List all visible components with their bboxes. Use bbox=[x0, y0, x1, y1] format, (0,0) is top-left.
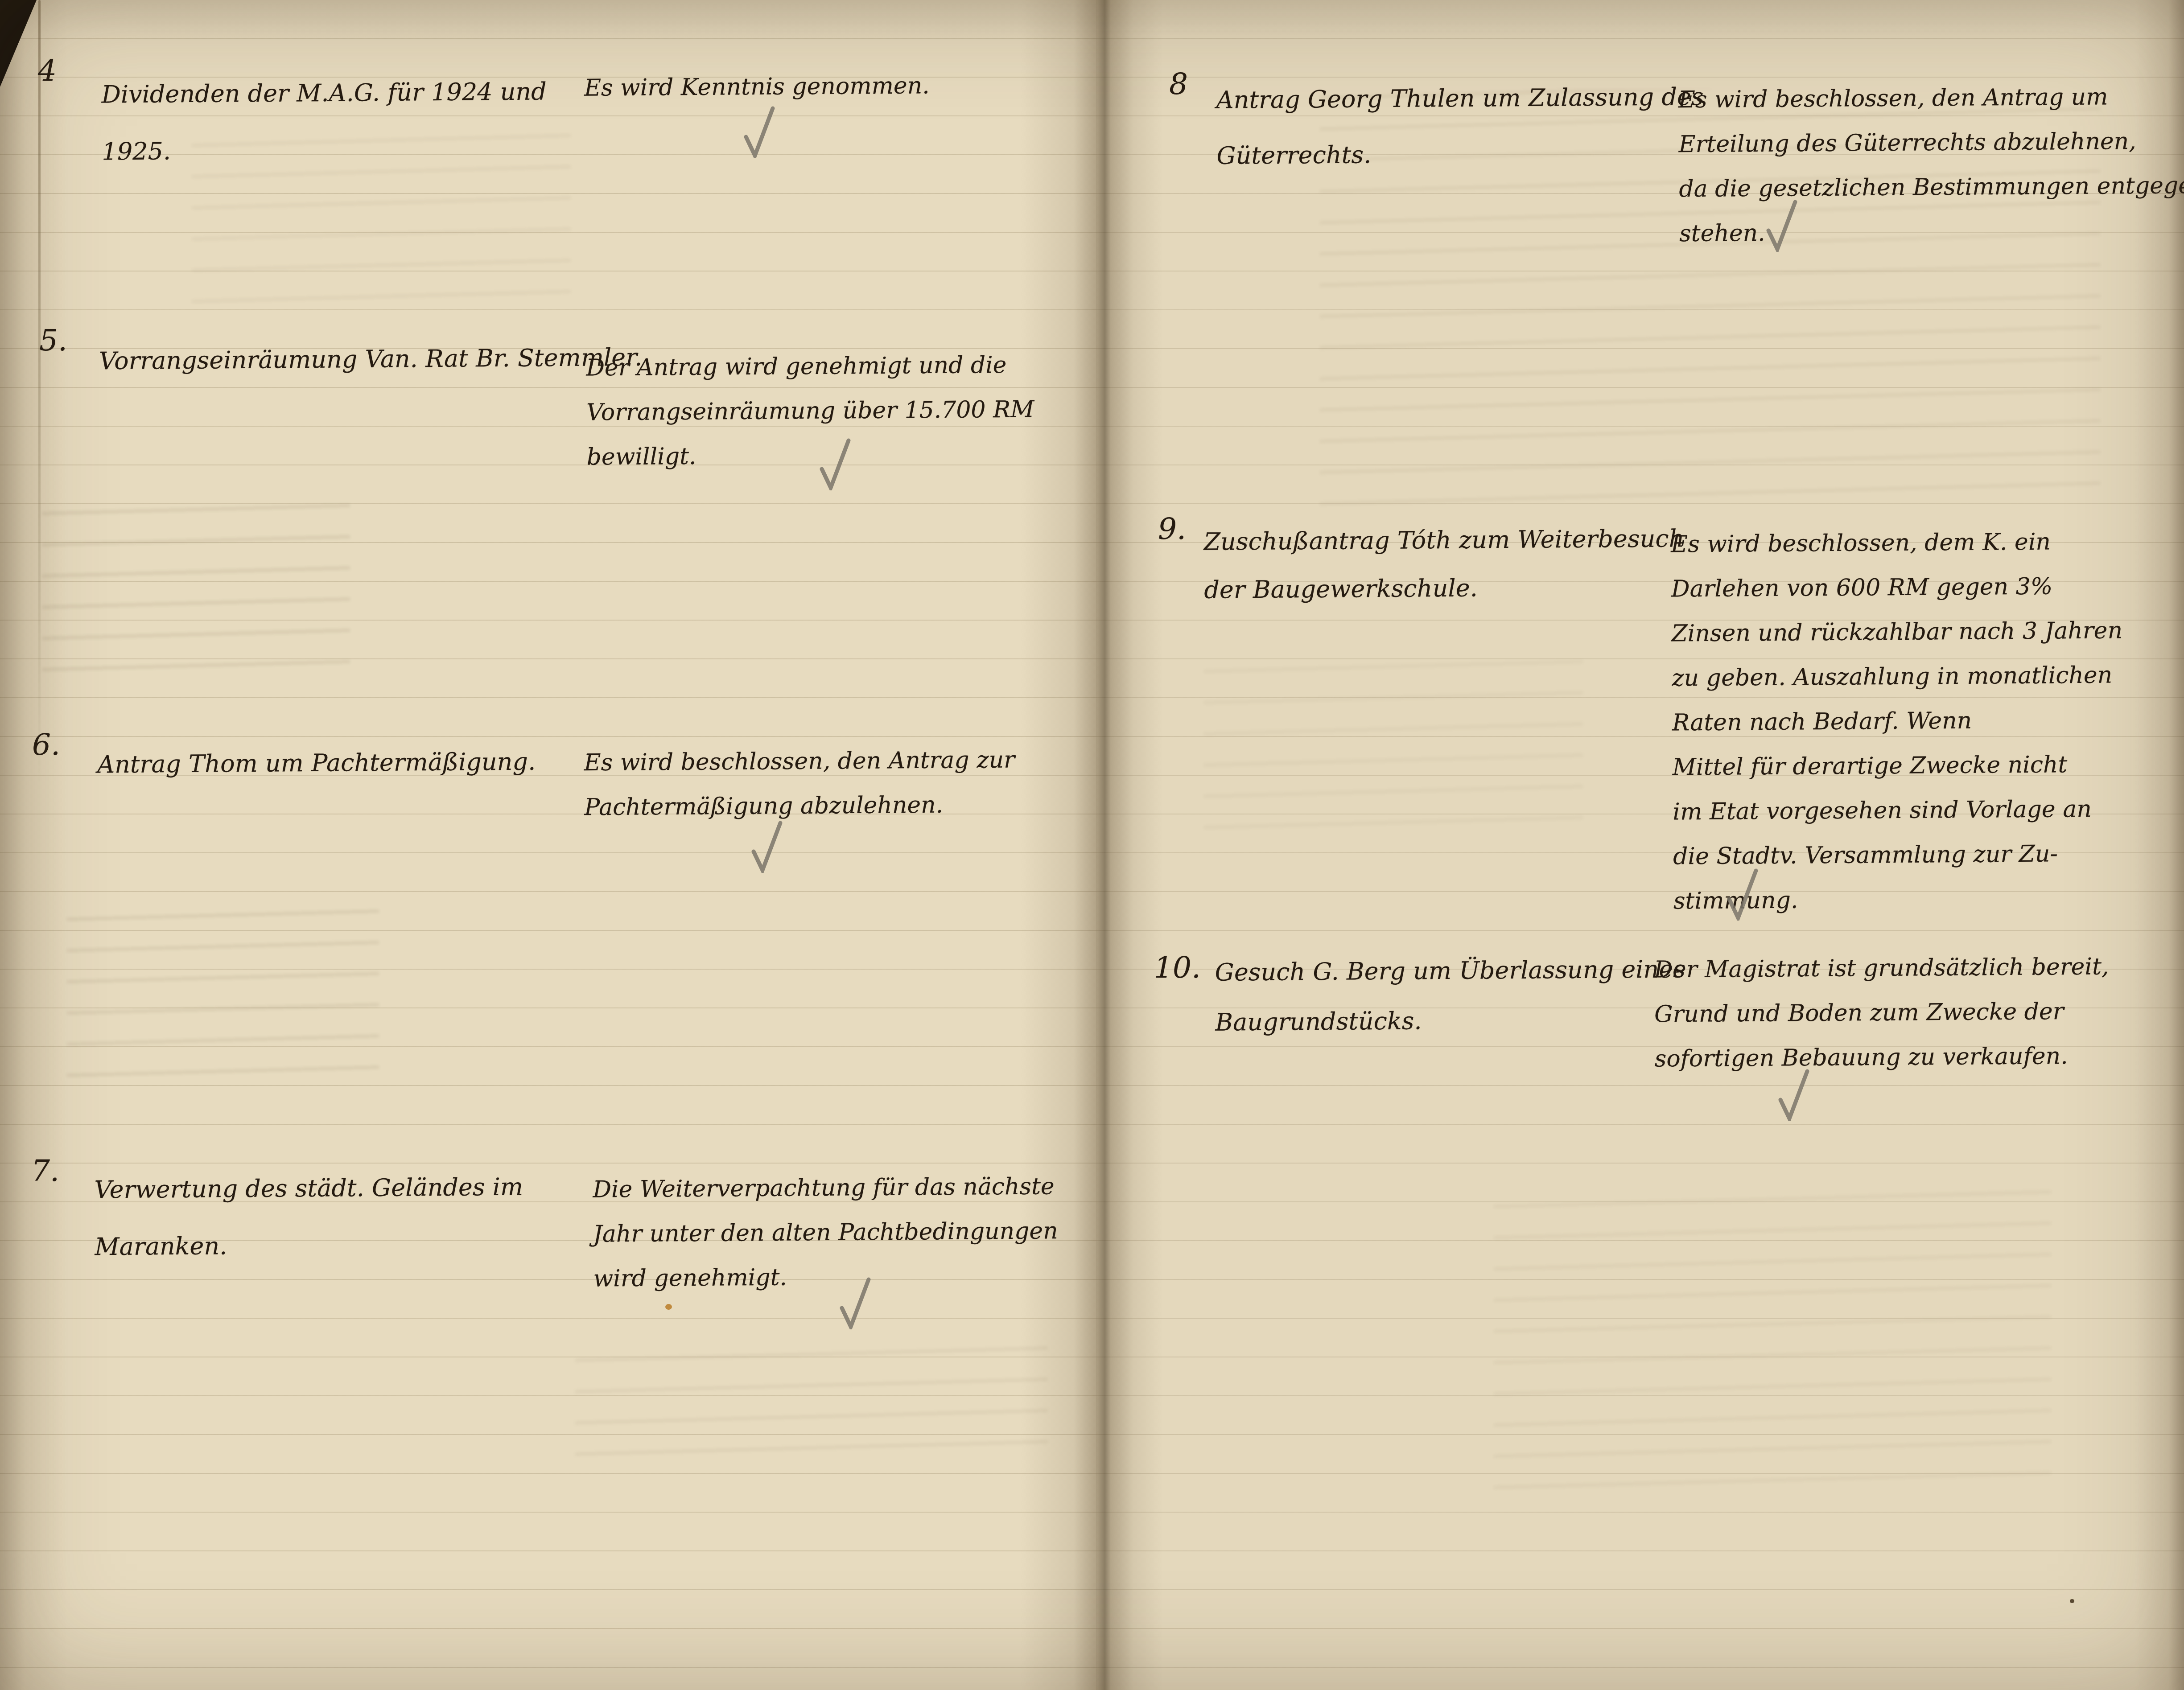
entry-decision-line: da die gesetzlichen Bestimmungen entgege… bbox=[1679, 163, 2184, 211]
entry-number: 10. bbox=[1154, 950, 1201, 985]
entry-decision: Der Antrag wird genehmigt und die Vorran… bbox=[586, 342, 1035, 479]
pencil-checkmark-icon bbox=[1777, 1068, 1810, 1121]
entry-decision-line: Raten nach Bedarf. Wenn bbox=[1672, 697, 2123, 745]
entry-subject-line: Maranken. bbox=[95, 1216, 523, 1276]
ledger-photo: 4 Dividenden der M.A.G. für 1924 und 192… bbox=[0, 0, 2184, 1690]
entry-decision-line: Es wird beschlossen, den Antrag zur bbox=[584, 738, 1015, 785]
entry-subject: Antrag Georg Thulen um Zulassung des Güt… bbox=[1216, 69, 1704, 184]
entry-decision-line: sofortigen Bebauung zu verkaufen. bbox=[1654, 1033, 2110, 1081]
entry-decision-line: zu geben. Auszahlung in monatlichen bbox=[1672, 653, 2123, 700]
entry-subject: Zuschußantrag Tóth zum Weiterbesuch der … bbox=[1203, 514, 1685, 614]
entry-decision: Es wird beschlossen, den Antrag um Ertei… bbox=[1678, 74, 2184, 256]
pencil-checkmark-icon bbox=[838, 1276, 871, 1329]
entry-number: 6. bbox=[32, 728, 60, 762]
entry-decision-line: wird genehmigt. bbox=[593, 1253, 1058, 1301]
entry-decision-line: Zinsen und rückzahlbar nach 3 Jahren bbox=[1671, 608, 2122, 656]
entry-decision-line: stehen. bbox=[1679, 208, 2184, 256]
entry-decision-line: Der Antrag wird genehmigt und die bbox=[586, 342, 1034, 390]
entry-subject-line: Antrag Thom um Pachtermäßigung. bbox=[97, 733, 536, 794]
entry-number: 8 bbox=[1169, 67, 1188, 101]
entry-decision: Es wird Kenntnis genommen. bbox=[584, 63, 930, 110]
entry-subject: Verwertung des städt. Geländes im Marank… bbox=[94, 1159, 523, 1276]
entry-decision: Es wird beschlossen, den Antrag zur Pach… bbox=[584, 738, 1015, 830]
entry-subject-line: Güterrechts. bbox=[1216, 124, 1704, 184]
entry-decision-line: Mittel für derartige Zwecke nicht bbox=[1672, 742, 2123, 789]
entry-subject-line: der Baugewerkschule. bbox=[1204, 563, 1685, 614]
entry-subject: Gesuch G. Berg um Überlassung eines Baug… bbox=[1215, 944, 1686, 1047]
entry-subject-line: Gesuch G. Berg um Überlassung eines bbox=[1215, 944, 1685, 997]
entry-subject-line: Vorrangseinräumung Van. Rat Br. Stemmler… bbox=[99, 329, 643, 390]
entry-decision: Der Magistrat ist grundsätzlich bereit, … bbox=[1654, 944, 2110, 1081]
entry-number: 4 bbox=[38, 53, 57, 88]
entry-subject-line: Dividenden der M.A.G. für 1924 und bbox=[101, 63, 547, 123]
entry-decision: Die Weiterverpachtung für das nächste Ja… bbox=[593, 1164, 1059, 1301]
entry-decision-line: Grund und Boden zum Zwecke der bbox=[1654, 989, 2110, 1036]
entry-decision-line: Erteilung des Güterrechts abzulehnen, bbox=[1678, 119, 2184, 167]
entry-decision-line: Es wird Kenntnis genommen. bbox=[584, 63, 930, 110]
entry-subject-line: Zuschußantrag Tóth zum Weiterbesuch bbox=[1203, 514, 1684, 566]
entry-subject: Vorrangseinräumung Van. Rat Br. Stemmler… bbox=[99, 329, 643, 390]
entry-number: 9. bbox=[1158, 512, 1186, 546]
entry-decision-line: Vorrangseinräumung über 15.700 RM bbox=[586, 387, 1034, 435]
entry-subject-line: 1925. bbox=[102, 120, 547, 181]
entry-number: 5. bbox=[39, 323, 67, 358]
entry-subject-line: Baugrundstücks. bbox=[1215, 994, 1686, 1047]
entry-subject-line: Antrag Georg Thulen um Zulassung des bbox=[1216, 69, 1704, 128]
entry-subject: Dividenden der M.A.G. für 1924 und 1925. bbox=[101, 63, 547, 181]
entry-decision: Es wird beschlossen, dem K. ein Darlehen… bbox=[1671, 519, 2125, 923]
entry-number: 7. bbox=[31, 1154, 59, 1188]
entry-decision-line: bewilligt. bbox=[586, 432, 1034, 479]
entry-decision-line: Es wird beschlossen, dem K. ein bbox=[1671, 519, 2122, 567]
paper-speck bbox=[2070, 1599, 2074, 1603]
pencil-checkmark-icon bbox=[1765, 198, 1798, 252]
entry-decision-line: Der Magistrat ist grundsätzlich bereit, bbox=[1654, 944, 2109, 992]
pencil-checkmark-icon bbox=[1726, 867, 1759, 921]
page-curl-crease bbox=[38, 0, 41, 785]
entry-decision-line: Pachtermäßigung abzulehnen. bbox=[584, 782, 1015, 830]
entry-decision-line: Die Weiterverpachtung für das nächste bbox=[593, 1164, 1058, 1212]
entry-decision-line: Jahr unter den alten Pachtbedingungen bbox=[593, 1209, 1058, 1256]
pencil-checkmark-icon bbox=[818, 437, 851, 490]
entry-decision-line: im Etat vorgesehen sind Vorlage an bbox=[1673, 786, 2124, 834]
entry-decision-line: Es wird beschlossen, den Antrag um bbox=[1678, 74, 2184, 122]
pencil-checkmark-icon bbox=[750, 819, 783, 873]
entry-subject-line: Verwertung des städt. Geländes im bbox=[94, 1159, 523, 1219]
pencil-checkmark-icon bbox=[742, 105, 775, 158]
ledger-left-page bbox=[0, 0, 1096, 1690]
entry-subject: Antrag Thom um Pachtermäßigung. bbox=[97, 733, 536, 794]
book-gutter-seam bbox=[1074, 0, 1133, 1690]
entry-decision-line: Darlehen von 600 RM gegen 3% bbox=[1671, 563, 2122, 611]
paper-speck bbox=[665, 1304, 672, 1310]
